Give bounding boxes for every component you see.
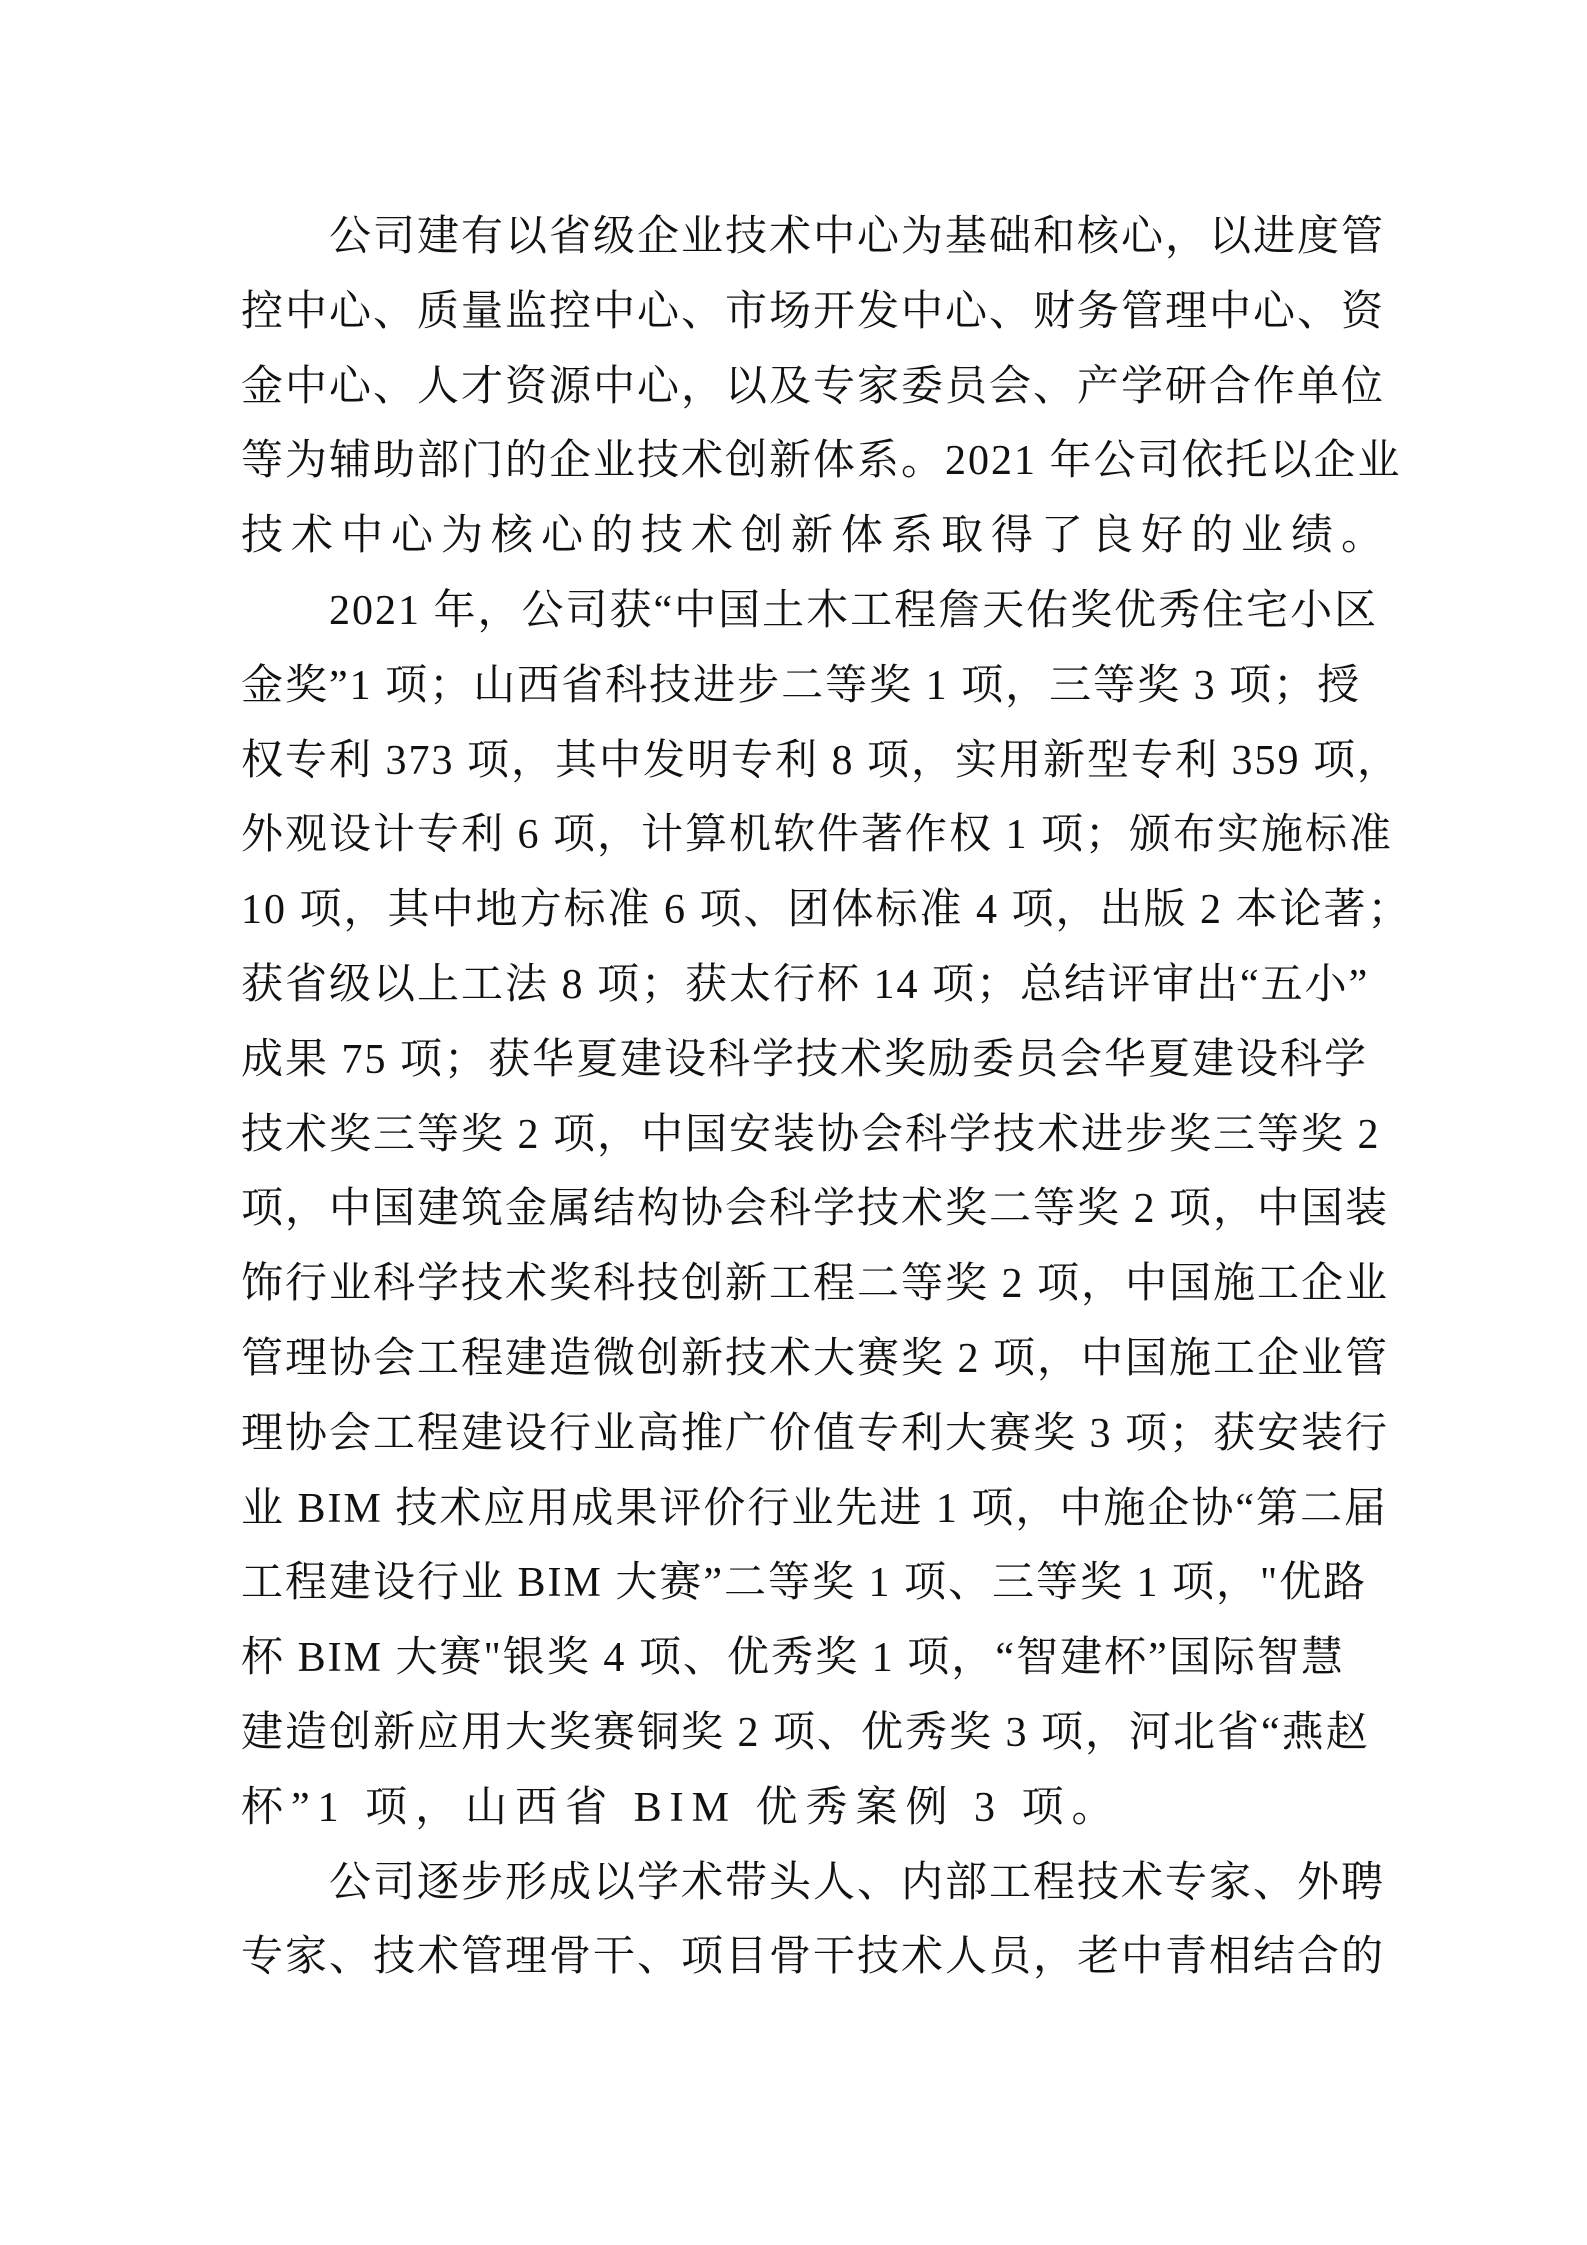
text-line: 权专利 373 项，其中发明专利 8 项，实用新型专利 359 项， <box>241 724 1345 799</box>
text-line: 等为辅助部门的企业技术创新体系。2021 年公司依托以企业 <box>241 424 1345 499</box>
text-line: 公司建有以省级企业技术中心为基础和核心，以进度管 <box>241 200 1345 275</box>
text-line: 外观设计专利 6 项，计算机软件著作权 1 项；颁布实施标准 <box>241 798 1345 873</box>
text-line: 专家、技术管理骨干、项目骨干技术人员，老中青相结合的 <box>241 1920 1345 1995</box>
text-line: 成果 75 项；获华夏建设科学技术奖励委员会华夏建设科学 <box>241 1023 1345 1098</box>
paragraph-1: 公司建有以省级企业技术中心为基础和核心，以进度管 控中心、质量监控中心、市场开发… <box>241 200 1345 574</box>
text-line: 获省级以上工法 8 项；获太行杯 14 项；总结评审出“五小” <box>241 948 1345 1023</box>
text-line: 管理协会工程建造微创新技术大赛奖 2 项，中国施工企业管 <box>241 1322 1345 1397</box>
text-line: 杯 BIM 大赛"银奖 4 项、优秀奖 1 项，“智建杯”国际智慧 <box>241 1621 1345 1696</box>
text-line: 技术中心为核心的技术创新体系取得了良好的业绩。 <box>241 499 1345 574</box>
document-page: 公司建有以省级企业技术中心为基础和核心，以进度管 控中心、质量监控中心、市场开发… <box>0 0 1587 2245</box>
text-line: 10 项，其中地方标准 6 项、团体标准 4 项，出版 2 本论著； <box>241 873 1345 948</box>
text-line: 2021 年，公司获“中国土木工程詹天佑奖优秀住宅小区 <box>241 574 1345 649</box>
text-line: 业 BIM 技术应用成果评价行业先进 1 项，中施企协“第二届 <box>241 1472 1345 1547</box>
text-line: 项，中国建筑金属结构协会科学技术奖二等奖 2 项，中国装 <box>241 1172 1345 1247</box>
body-text: 公司建有以省级企业技术中心为基础和核心，以进度管 控中心、质量监控中心、市场开发… <box>241 200 1345 1995</box>
text-line: 控中心、质量监控中心、市场开发中心、财务管理中心、资 <box>241 275 1345 350</box>
text-line: 公司逐步形成以学术带头人、内部工程技术专家、外聘 <box>241 1846 1345 1921</box>
text-line: 金奖”1 项；山西省科技进步二等奖 1 项，三等奖 3 项；授 <box>241 649 1345 724</box>
text-line: 理协会工程建设行业高推广价值专利大赛奖 3 项；获安装行 <box>241 1397 1345 1472</box>
text-line: 杯”1 项，山西省 BIM 优秀案例 3 项。 <box>241 1771 1345 1846</box>
text-line: 技术奖三等奖 2 项，中国安装协会科学技术进步奖三等奖 2 <box>241 1098 1345 1173</box>
paragraph-2: 2021 年，公司获“中国土木工程詹天佑奖优秀住宅小区 金奖”1 项；山西省科技… <box>241 574 1345 1846</box>
text-line: 金中心、人才资源中心，以及专家委员会、产学研合作单位 <box>241 350 1345 425</box>
text-line: 饰行业科学技术奖科技创新工程二等奖 2 项，中国施工企业 <box>241 1247 1345 1322</box>
paragraph-3: 公司逐步形成以学术带头人、内部工程技术专家、外聘 专家、技术管理骨干、项目骨干技… <box>241 1846 1345 1996</box>
text-line: 工程建设行业 BIM 大赛”二等奖 1 项、三等奖 1 项，"优路 <box>241 1546 1345 1621</box>
text-line: 建造创新应用大奖赛铜奖 2 项、优秀奖 3 项，河北省“燕赵 <box>241 1696 1345 1771</box>
